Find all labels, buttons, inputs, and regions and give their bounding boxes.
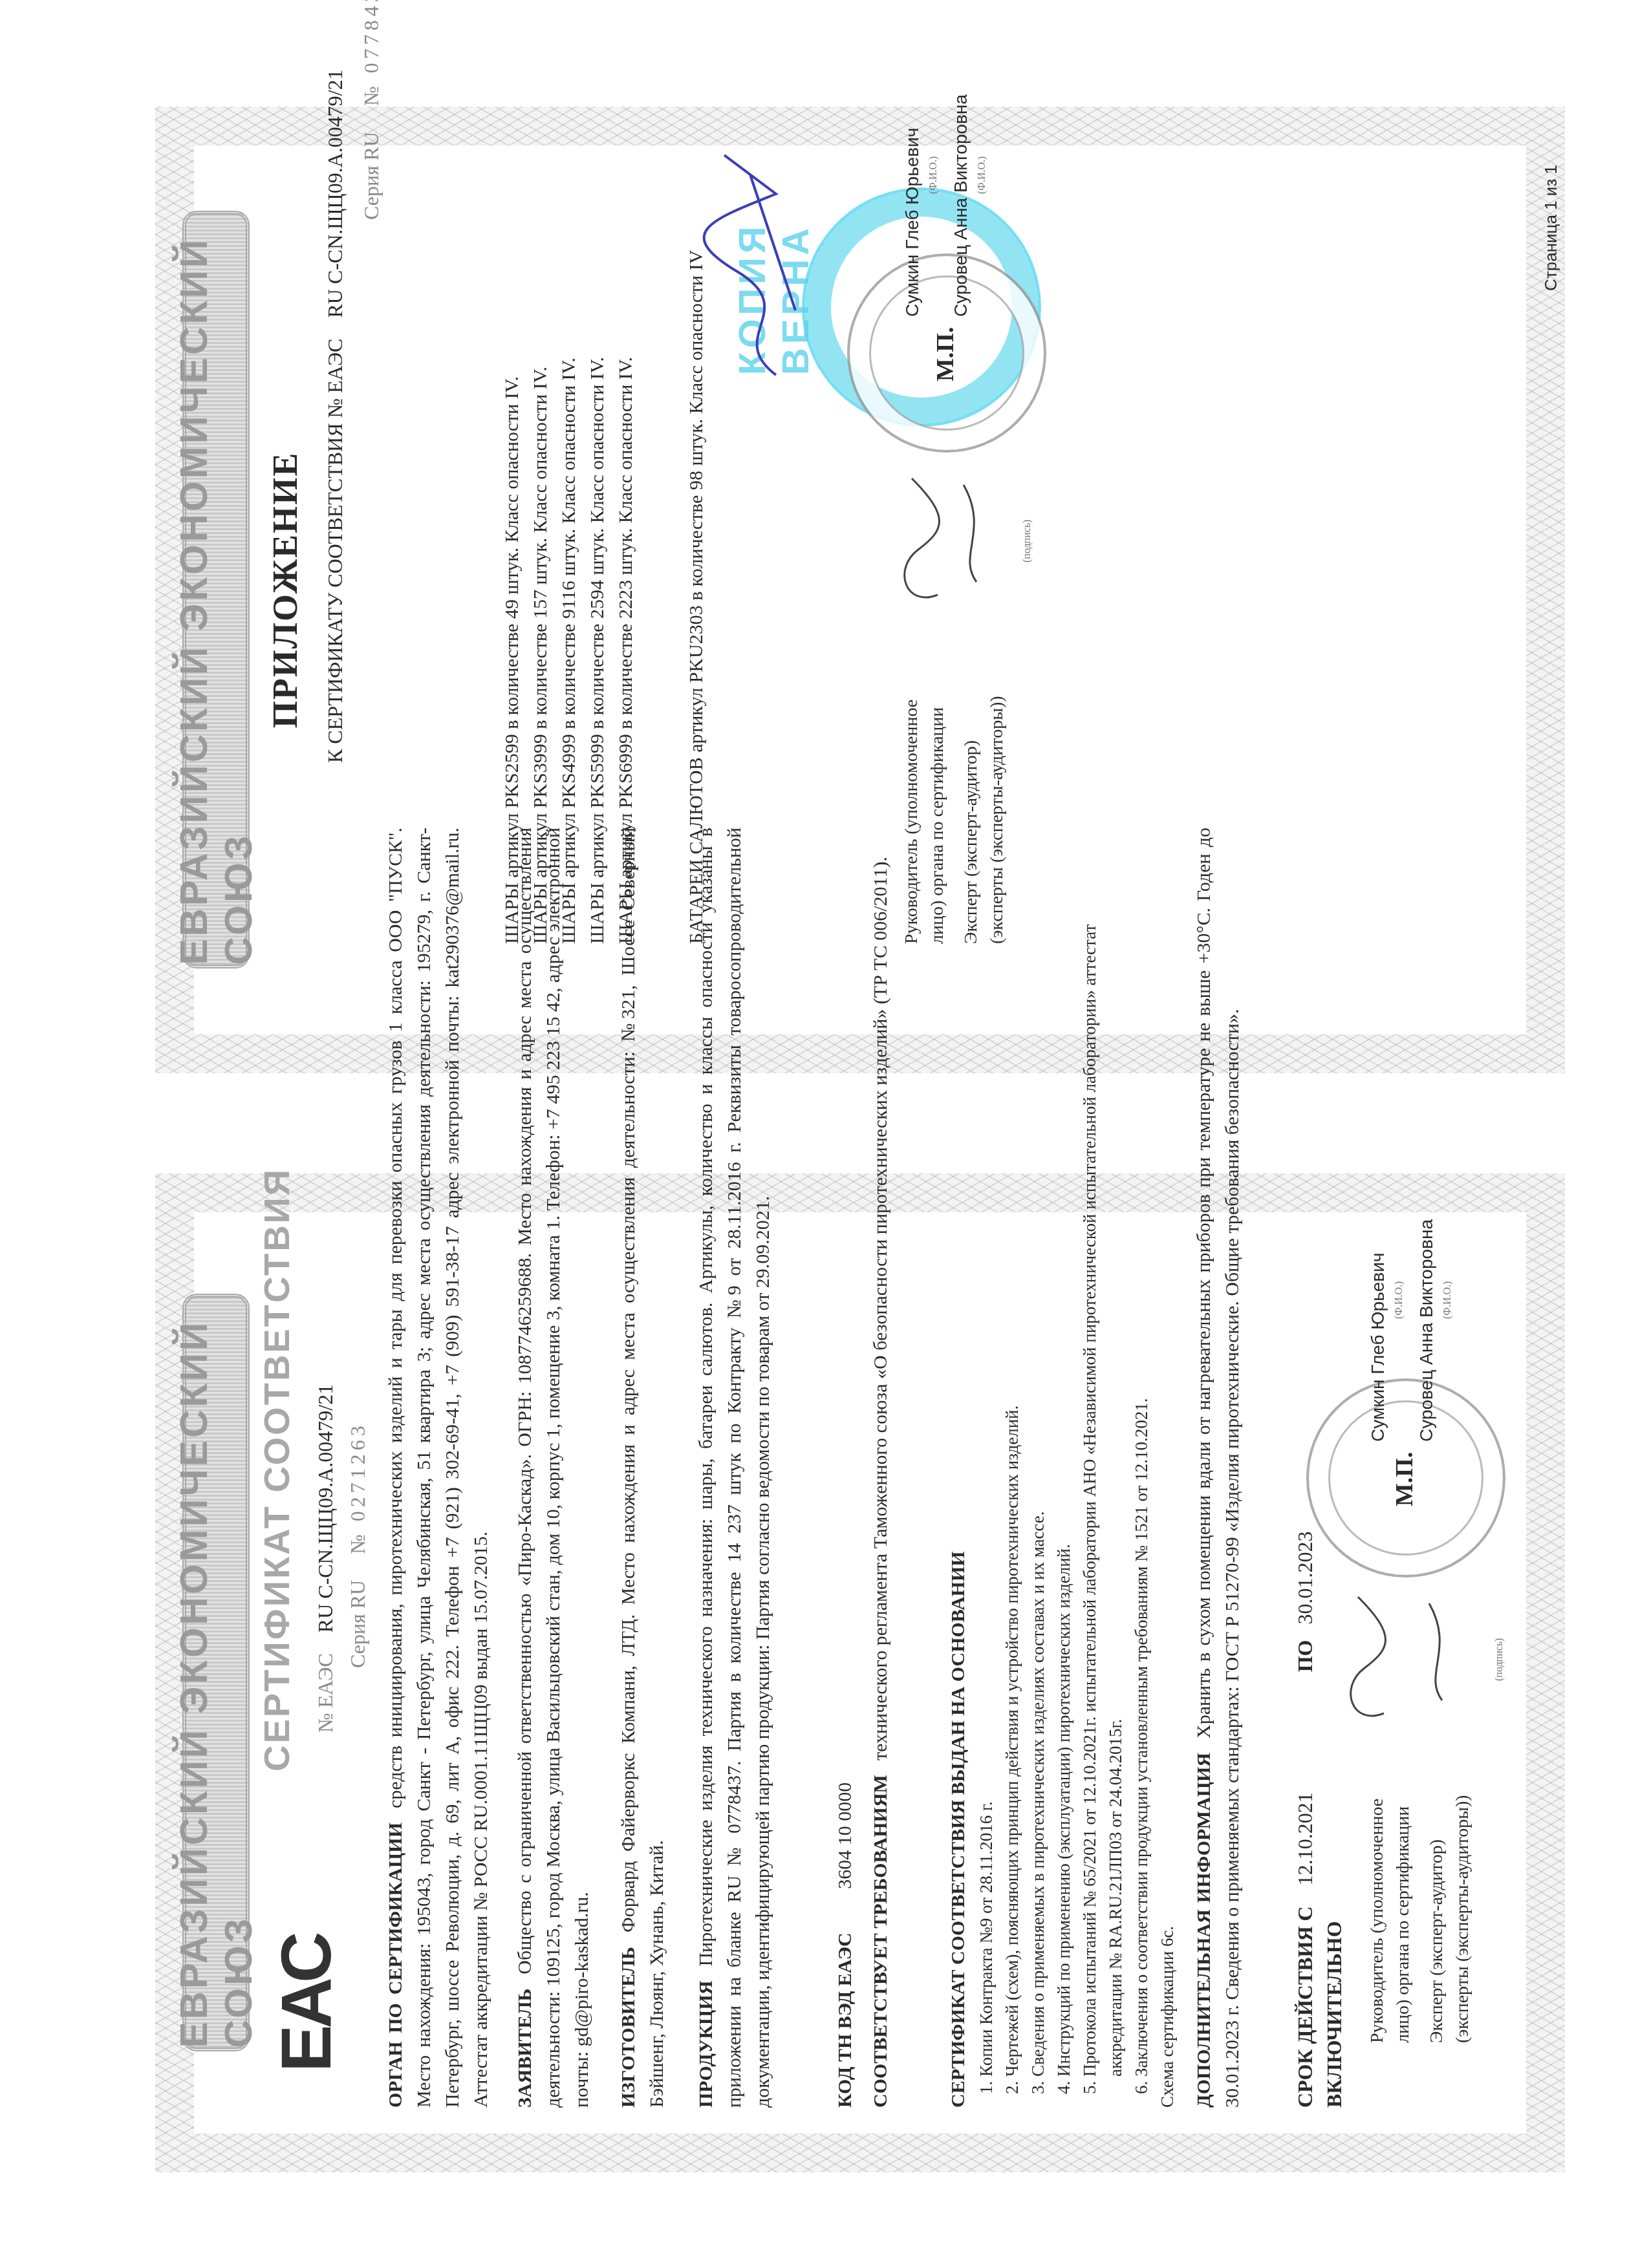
certification-body-section: ОРГАН ПО СЕРТИФИКАЦИИсредств инициирован… — [382, 828, 495, 2108]
list-item: Инструкций по применению (эксплуатации) … — [1051, 881, 1077, 2077]
valid-to: 30.01.2023 — [1293, 1532, 1317, 1625]
basis-list: Копии Контракта №9 от 28.11.2016 г. Черт… — [973, 881, 1154, 2108]
head-name: Сумкин Глеб Юрьевич — [1368, 1253, 1388, 1442]
additional-info-section: ДОПОЛНИТЕЛЬНАЯ ИНФОРМАЦИЯХранить в сухом… — [1190, 828, 1247, 2108]
list-item: Копии Контракта №9 от 28.11.2016 г. — [973, 881, 999, 2077]
signature-labels: Руководитель (уполномоченное лицо) орган… — [1364, 1795, 1476, 2043]
stamp-place: М.П. — [1390, 1452, 1419, 1506]
conforms-section: СООТВЕТСТВУЕТ ТРЕБОВАНИЯМтехнического ре… — [867, 828, 895, 2108]
eac-logo: ЕАС — [265, 1935, 347, 2072]
list-item: Сведения о применяемых в пиротехнических… — [1025, 881, 1051, 2077]
blank-number: № 0271263 — [346, 1422, 369, 1554]
union-banner: ЕВРАЗИЙСКИЙ ЭКОНОМИЧЕСКИЙ СОЮЗ — [182, 1294, 250, 2052]
certificate-subtitle: СЕРТИФИКАТ СООТВЕТСТВИЯ — [255, 1168, 297, 1771]
appendix-title: ПРИЛОЖЕНИЕ — [265, 145, 305, 1034]
handwritten-signature — [892, 453, 996, 608]
list-item: Протокола испытаний № 65/2021 от 12.10.2… — [1077, 881, 1128, 2077]
certificate-number: RU C-CN.ЩЦ09.А.00479/21 — [323, 69, 347, 317]
handwritten-signature — [1339, 1571, 1468, 1726]
basis-heading: СЕРТИФИКАТ СООТВЕТСТВИЯ ВЫДАН НА ОСНОВАН… — [947, 1551, 969, 2108]
head-name: Сумкин Глеб Юрьевич — [902, 128, 923, 317]
certificate-reference: К СЕРТИФИКАТУ СООТВЕТСТВИЯ № ЕАЭС RU C-C… — [323, 69, 347, 763]
certification-scheme: Схема сертификации 6с. — [1158, 1926, 1178, 2108]
expert-name: Суровец Анна Викторовна — [1416, 1219, 1437, 1442]
tn-ved-code: КОД ТН ВЭД ЕАЭС 3604 10 0000 — [834, 1782, 856, 2108]
expert-name: Суровец Анна Викторовна — [951, 94, 971, 317]
valid-from: 12.10.2021 — [1293, 1792, 1317, 1885]
applicant-section: ЗАЯВИТЕЛЬОбщество с ограниченной ответст… — [511, 828, 596, 2108]
manufacturer-section: ИЗГОТОВИТЕЛЬФорвард Файерворкс Компани, … — [614, 828, 671, 2108]
certificate-number-line: № ЕАЭС RU C-CN.ЩЦ09.А.00479/21 — [314, 1384, 338, 1733]
certificate-number: RU C-CN.ЩЦ09.А.00479/21 — [314, 1384, 337, 1632]
validity-period: СРОК ДЕЙСТВИЯ С 12.10.2021 ПО 30.01.2023 — [1293, 1532, 1317, 2108]
certificate-body: ЕВРАЗИЙСКИЙ ЭКОНОМИЧЕСКИЙ СОЮЗ СЕРТИФИКА… — [194, 1212, 1526, 2134]
inclusive-label: ВКЛЮЧИТЕЛЬНО — [1322, 1921, 1346, 2108]
page-number: Страница 1 из 1 — [1541, 165, 1561, 291]
list-item: Чертежей (схем), поясняющих принцип дейс… — [999, 881, 1025, 2077]
product-section: ПРОДУКЦИЯПиротехнические изделия техниче… — [692, 828, 777, 2108]
blank-number: № 0778437 — [360, 0, 383, 106]
certificate-page: ЕВРАЗИЙСКИЙ ЭКОНОМИЧЕСКИЙ СОЮЗ СЕРТИФИКА… — [155, 1173, 1565, 2172]
union-banner: ЕВРАЗИЙСКИЙ ЭКОНОМИЧЕСКИЙ СОЮЗ — [182, 211, 250, 969]
stamp-place: М.П. — [931, 327, 960, 381]
series-line: Серия RU № 0778437 — [360, 0, 383, 220]
appendix-page: ЕВРАЗИЙСКИЙ ЭКОНОМИЧЕСКИЙ СОЮЗ ПРИЛОЖЕНИ… — [155, 107, 1565, 1073]
blue-signature — [698, 142, 828, 388]
series-line: Серия RU № 0271263 — [346, 1422, 370, 1668]
list-item: Заключения о соответствии продукции уста… — [1128, 881, 1154, 2077]
